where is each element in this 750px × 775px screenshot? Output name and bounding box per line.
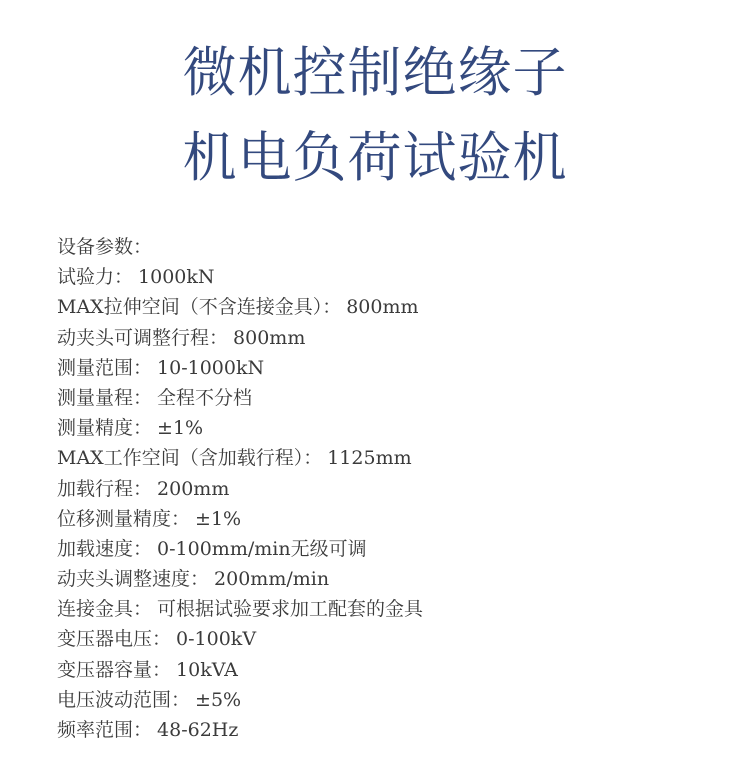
parameter-value: ±1%: [157, 417, 203, 439]
parameter-label: 动夹头可调整行程: [57, 327, 209, 349]
parameter-value: 1000kN: [138, 266, 215, 288]
colon-separator: ：: [133, 357, 152, 379]
parameter-label: 测量精度: [57, 417, 133, 439]
parameter-line: 测量范围：10-1000kN: [57, 353, 423, 383]
parameter-value: 800mm: [346, 296, 418, 318]
parameter-line: 变压器容量：10kVA: [57, 655, 423, 685]
colon-separator: ：: [303, 447, 322, 469]
parameter-line: 频率范围：48-62Hz: [57, 715, 423, 745]
title-line-2: 机电负荷试验机: [0, 115, 750, 200]
colon-separator: ：: [133, 387, 152, 409]
parameter-label: 频率范围: [57, 719, 133, 741]
parameter-line: 测量量程：全程不分档: [57, 383, 423, 413]
parameter-line: 动夹头可调整行程：800mm: [57, 323, 423, 353]
parameter-value: 1125mm: [327, 447, 411, 469]
parameter-line: 位移测量精度：±1%: [57, 504, 423, 534]
colon-separator: ：: [152, 659, 171, 681]
colon-separator: ：: [133, 538, 152, 560]
parameter-value: 可根据试验要求加工配套的金具: [157, 598, 423, 620]
page-title: 微机控制绝缘子 机电负荷试验机: [0, 30, 750, 200]
parameter-label: 试验力: [57, 266, 114, 288]
parameter-line: 电压波动范围：±5%: [57, 685, 423, 715]
colon-separator: ：: [190, 568, 209, 590]
document-page: 微机控制绝缘子 机电负荷试验机 设备参数： 试验力：1000kNMAX拉伸空间（…: [0, 0, 750, 775]
colon-separator: ：: [171, 689, 190, 711]
colon-separator: ：: [133, 417, 152, 439]
parameter-label: 变压器电压: [57, 628, 152, 650]
colon-separator: ：: [209, 327, 228, 349]
parameter-value: ±5%: [195, 689, 241, 711]
parameter-label: 变压器容量: [57, 659, 152, 681]
colon-separator: ：: [133, 719, 152, 741]
parameter-label: 测量范围: [57, 357, 133, 379]
parameter-value: 200mm/min: [214, 568, 329, 590]
parameter-label: MAX拉伸空间（不含连接金具）: [57, 296, 322, 318]
parameter-line: 试验力：1000kN: [57, 262, 423, 292]
colon-separator: ：: [114, 266, 133, 288]
parameter-label: 位移测量精度: [57, 508, 171, 530]
parameters-list: 设备参数： 试验力：1000kNMAX拉伸空间（不含连接金具）：800mm动夹头…: [57, 232, 423, 745]
parameter-line: 加载速度：0-100mm/min无级可调: [57, 534, 423, 564]
colon-separator: ：: [171, 508, 190, 530]
parameter-line: 加载行程：200mm: [57, 474, 423, 504]
parameter-line: MAX拉伸空间（不含连接金具）：800mm: [57, 292, 423, 322]
parameter-label: 加载行程: [57, 478, 133, 500]
parameter-value: 全程不分档: [157, 387, 252, 409]
parameter-label: 动夹头调整速度: [57, 568, 190, 590]
parameter-value: 0-100mm/min无级可调: [157, 538, 367, 560]
parameters-heading: 设备参数：: [57, 232, 423, 262]
parameter-label: 加载速度: [57, 538, 133, 560]
parameter-value: 10-1000kN: [157, 357, 264, 379]
parameter-value: 200mm: [157, 478, 229, 500]
parameter-label: MAX工作空间（含加载行程）: [57, 447, 303, 469]
parameter-value: ±1%: [195, 508, 241, 530]
parameter-line: 动夹头调整速度：200mm/min: [57, 564, 423, 594]
colon-separator: ：: [133, 478, 152, 500]
parameter-value: 800mm: [233, 327, 305, 349]
parameter-line: 变压器电压：0-100kV: [57, 624, 423, 654]
colon-separator: ：: [133, 598, 152, 620]
parameter-value: 10kVA: [176, 659, 238, 681]
parameter-value: 48-62Hz: [157, 719, 238, 741]
colon-separator: ：: [152, 628, 171, 650]
parameter-label: 连接金具: [57, 598, 133, 620]
parameter-value: 0-100kV: [176, 628, 256, 650]
parameter-line: 测量精度：±1%: [57, 413, 423, 443]
parameter-label: 电压波动范围: [57, 689, 171, 711]
parameter-line: 连接金具：可根据试验要求加工配套的金具: [57, 594, 423, 624]
parameter-line: MAX工作空间（含加载行程）：1125mm: [57, 443, 423, 473]
title-line-1: 微机控制绝缘子: [0, 30, 750, 115]
colon-separator: ：: [322, 296, 341, 318]
parameter-label: 测量量程: [57, 387, 133, 409]
